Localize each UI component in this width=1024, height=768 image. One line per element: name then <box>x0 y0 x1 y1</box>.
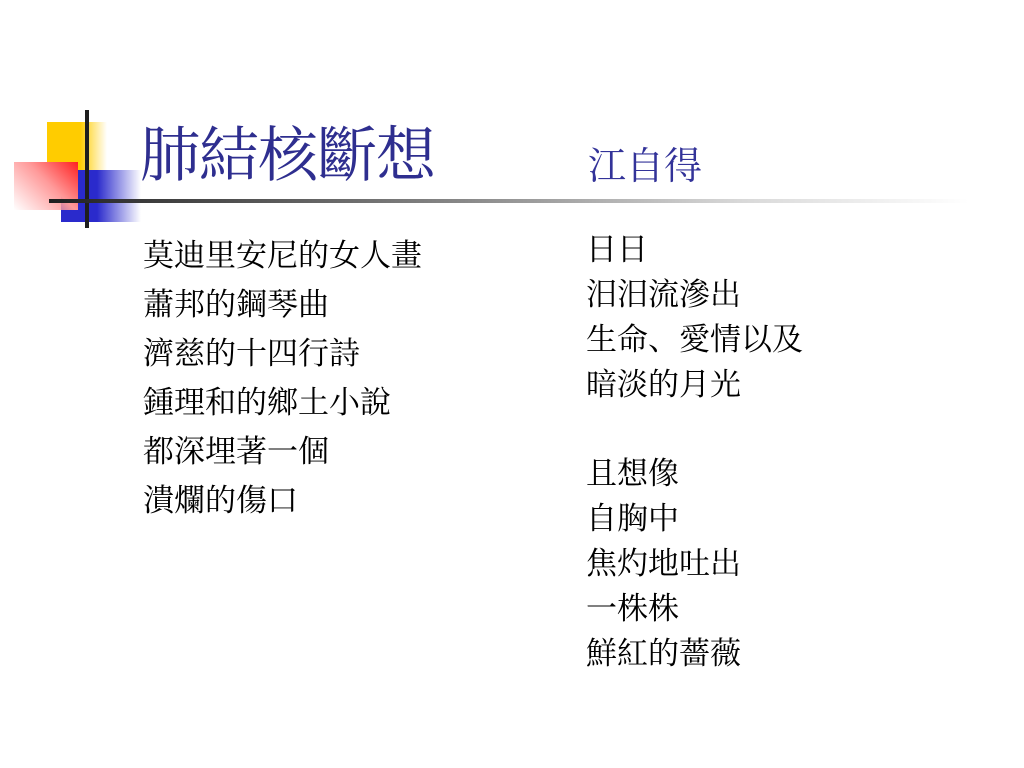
poem-line: 潰爛的傷口 <box>143 477 422 526</box>
slide-title: 肺結核斷想 <box>140 118 435 194</box>
poem-line: 一株株 <box>586 587 803 632</box>
poem-line: 鍾理和的鄉土小說 <box>143 379 422 428</box>
poem-line: 蕭邦的鋼琴曲 <box>143 281 422 330</box>
poem-line: 濟慈的十四行詩 <box>143 330 422 379</box>
poem-line: 日日 <box>586 228 803 273</box>
poem-line: 暗淡的月光 <box>586 363 803 408</box>
poem-right-column: 日日 汨汨流滲出 生命、愛情以及 暗淡的月光 且想像 自胸中 焦灼地吐出 一株株… <box>586 228 803 677</box>
poem-line: 都深埋著一個 <box>143 428 422 477</box>
poem-left-column: 莫迪里安尼的女人畫 蕭邦的鋼琴曲 濟慈的十四行詩 鍾理和的鄉土小說 都深埋著一個… <box>143 232 422 526</box>
poem-author: 江自得 <box>588 143 702 189</box>
poem-line: 汨汨流滲出 <box>586 273 803 318</box>
poem-line: 焦灼地吐出 <box>586 542 803 587</box>
title-underline-divider <box>49 199 969 203</box>
poem-line: 自胸中 <box>586 497 803 542</box>
poem-stanza-2: 且想像 自胸中 焦灼地吐出 一株株 鮮紅的薔薇 <box>586 452 803 677</box>
poem-line: 莫迪里安尼的女人畫 <box>143 232 422 281</box>
poem-line: 且想像 <box>586 452 803 497</box>
stanza-break <box>586 408 803 452</box>
decorative-vertical-line <box>85 110 89 228</box>
poem-line: 生命、愛情以及 <box>586 318 803 363</box>
poem-stanza-1: 日日 汨汨流滲出 生命、愛情以及 暗淡的月光 <box>586 228 803 408</box>
poem-line: 鮮紅的薔薇 <box>586 632 803 677</box>
